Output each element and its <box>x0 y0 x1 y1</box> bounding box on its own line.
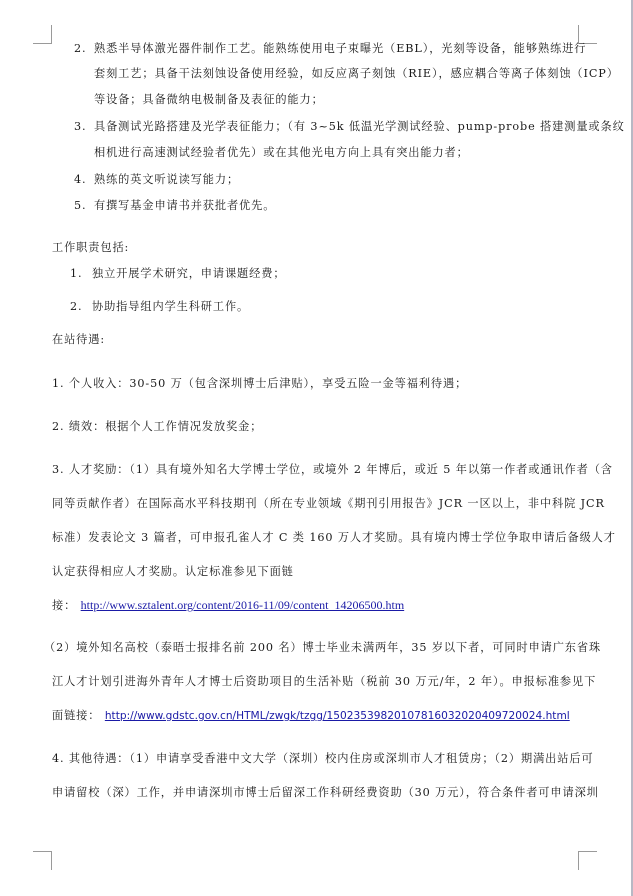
requirement-2-line-2: 套刻工艺；具备干法刻蚀设备使用经验，如反应离子刻蚀（RIE），感应耦合等离子体刻… <box>94 67 619 81</box>
overseas-subsidy-link-prefix: 面链接： <box>52 709 100 722</box>
requirement-2-line-1: 熟悉半导体激光器件制作工艺。能熟练使用电子束曝光（EBL），光刻等设备，能够熟练… <box>94 42 586 56</box>
document-page: 2. 熟悉半导体激光器件制作工艺。能熟练使用电子束曝光（EBL），光刻等设备，能… <box>0 0 633 896</box>
requirement-5-line-1: 有撰写基金申请书并获批者优先。 <box>94 199 275 213</box>
requirement-3-line-1: 具备测试光路搭建及光学表征能力；（有 3~5k 低温光学测试经验、pump-pr… <box>94 120 625 134</box>
benefits-heading: 在站待遇: <box>52 333 105 347</box>
benefit-performance: 2. 绩效：根据个人工作情况发放奖金； <box>52 420 262 434</box>
talent-award-line-1: 3. 人才奖励：（1）具有境外知名大学博士学位，或境外 2 年博后，或近 5 年… <box>52 463 613 477</box>
requirement-3-number: 3. <box>74 120 86 134</box>
talent-award-link-line: 接： http://www.sztalent.org/content/2016-… <box>52 598 404 613</box>
crop-mark-bottom-left <box>33 851 52 870</box>
talent-award-line-3: 标准）发表论文 3 篇者，可申报孔雀人才 C 类 160 万人才奖励。具有境内博… <box>52 531 616 545</box>
talent-award-line-2: 同等贡献作者）在国际高水平科技期刊（所在专业领域《期刊引用报告》JCR 一区以上… <box>52 497 605 511</box>
requirement-2-number: 2. <box>74 42 86 56</box>
requirement-2-line-3: 等设备；具备微纳电极制备及表征的能力； <box>94 93 324 107</box>
requirement-3-line-2: 相机进行高速测试经验者优先）或在其他光电方向上具有突出能力者； <box>94 146 469 160</box>
duty-2-text: 协助指导组内学生科研工作。 <box>92 300 249 314</box>
benefit-income: 1. 个人收入：30-50 万（包含深圳博士后津贴），享受五险一金等福利待遇； <box>52 377 467 391</box>
overseas-subsidy-line-1: （2）境外知名高校（泰晤士报排名前 200 名）博士毕业未满两年，35 岁以下者… <box>44 641 601 655</box>
requirement-5-number: 5. <box>74 199 86 213</box>
crop-mark-bottom-right <box>578 851 597 870</box>
duty-1-text: 独立开展学术研究，申请课题经费； <box>92 267 285 281</box>
crop-mark-top-left <box>33 25 52 44</box>
duty-1-number: 1. <box>70 267 82 281</box>
duty-2-number: 2. <box>70 300 82 314</box>
talent-award-link-prefix: 接： <box>52 599 76 612</box>
gdstc-link[interactable]: http://www.gdstc.gov.cn/HTML/zwgk/tzgg/1… <box>105 710 570 722</box>
requirement-4-line-1: 熟练的英文听说读写能力； <box>94 173 239 187</box>
other-benefits-line-1: 4. 其他待遇：（1）申请享受香港中文大学（深圳）校内住房或深圳市人才租赁房；（… <box>52 752 594 766</box>
other-benefits-line-2: 申请留校（深）工作，并申请深圳市博士后留深工作科研经费资助（30 万元），符合条… <box>52 786 599 800</box>
overseas-subsidy-line-2: 江人才计划引进海外青年人才博士后资助项目的生活补贴（税前 30 万元/年，2 年… <box>52 675 596 689</box>
overseas-subsidy-link-line: 面链接： http://www.gdstc.gov.cn/HTML/zwgk/t… <box>52 709 570 723</box>
requirement-4-number: 4. <box>74 173 86 187</box>
sztalent-link[interactable]: http://www.sztalent.org/content/2016-11/… <box>81 598 405 612</box>
duties-heading: 工作职责包括: <box>52 241 129 255</box>
talent-award-line-4: 认定获得相应人才奖励。认定标准参见下面链 <box>52 565 294 579</box>
